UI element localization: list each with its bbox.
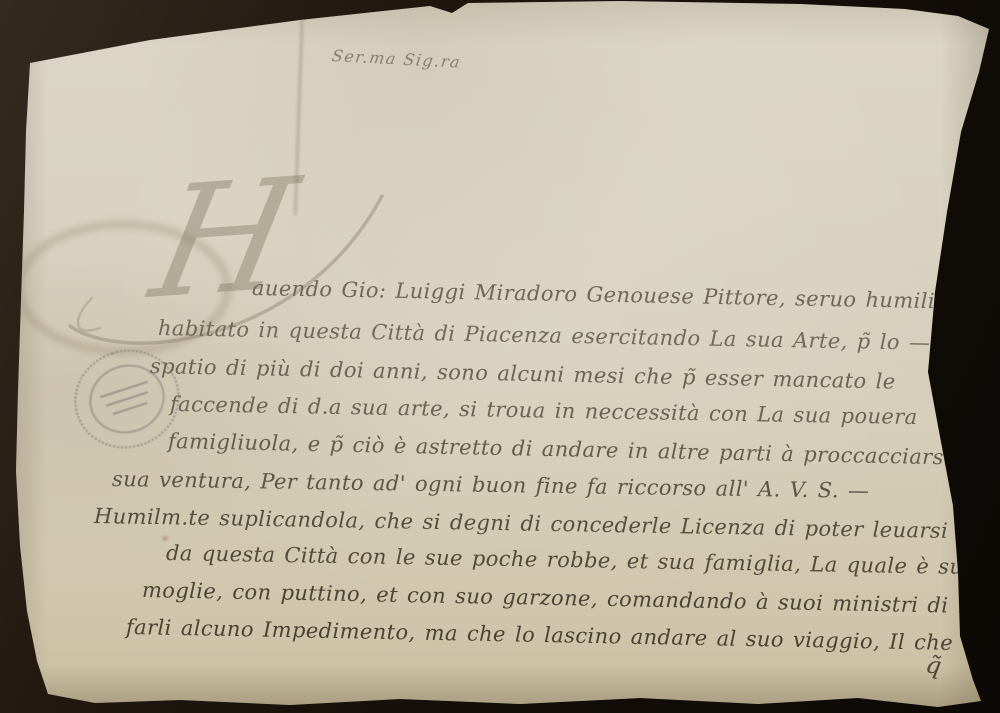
manuscript-line-8: da questa Città con le sue poche robbe, … [166,541,977,579]
manuscript-line-9: moglie, con puttino, et con suo garzone,… [142,578,985,618]
manuscript-line-5: famigliuola, e p̃ ciò è astretto di anda… [168,429,951,469]
manuscript-line-3: spatio di più di doi anni, sono alcuni m… [150,354,896,394]
document-paper: Ser.ma Sig.ra H auendo Gio: Luiggi Mirad… [0,0,1000,713]
photo-background: Ser.ma Sig.ra H auendo Gio: Luiggi Mirad… [0,0,1000,713]
manuscript-line-7: Humilm.te suplicandola, che si degni di … [94,504,949,543]
salutation: Ser.ma Sig.ra [331,46,463,72]
manuscript-line-4: faccende di d.a sua arte, si troua in ne… [170,392,918,429]
ink-spot [162,536,168,541]
manuscript-line-10: farli alcuno Impedimento, ma che lo lasc… [126,615,953,655]
manuscript-line-6: sua ventura, Per tanto ad' ogni buon fin… [112,467,870,503]
catchword-flourish: q̃ [924,650,944,680]
